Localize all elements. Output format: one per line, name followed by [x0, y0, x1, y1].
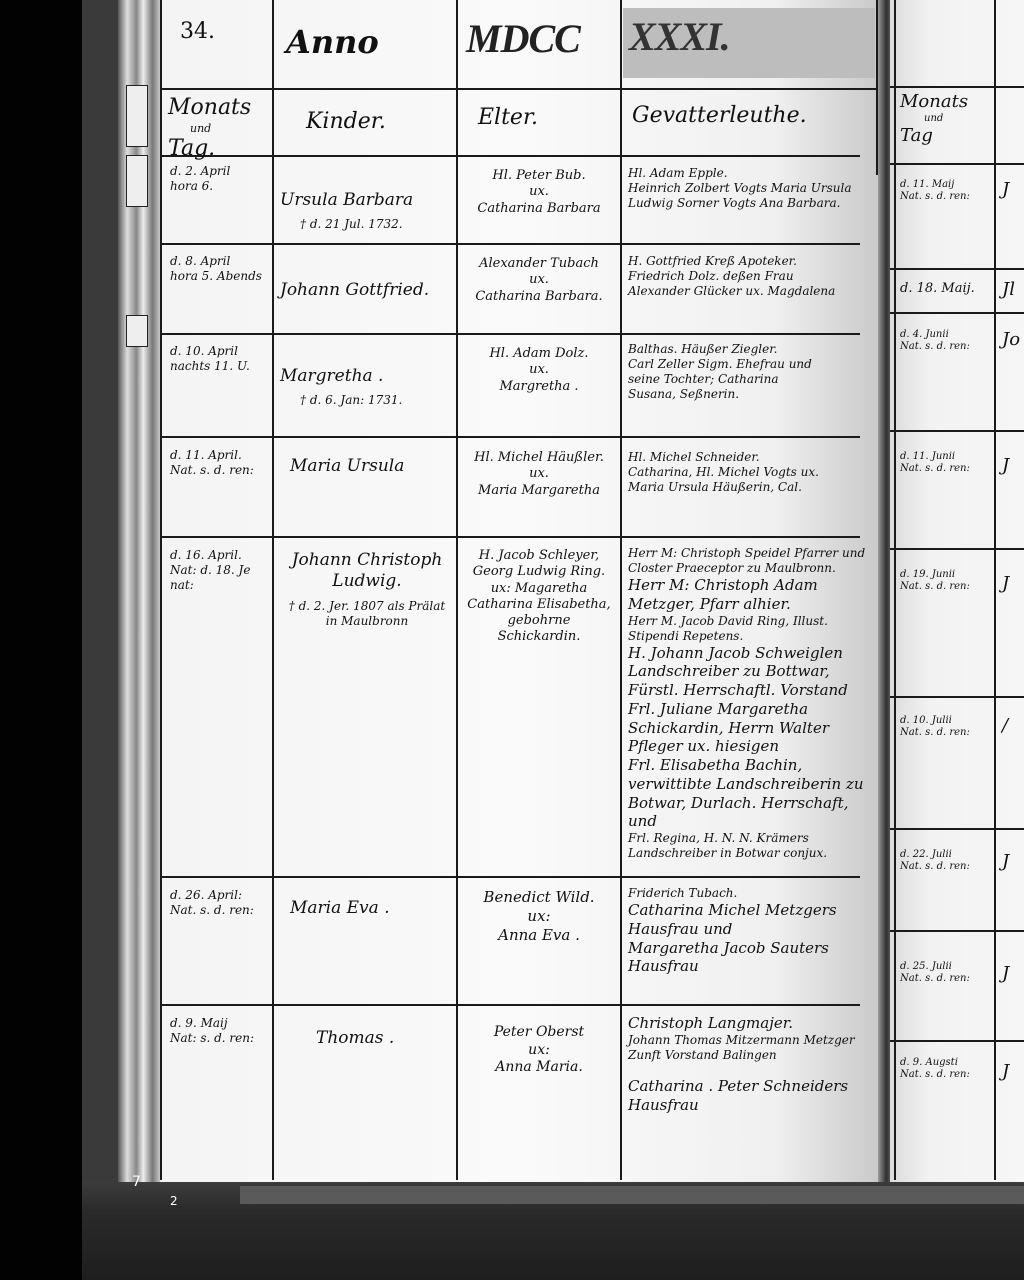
year-roman-xxxi: XXXI. — [623, 8, 875, 78]
entry-godparents: Christoph Langmajer.Johann Thomas Mitzer… — [622, 1010, 876, 1118]
row-rule — [890, 312, 1024, 314]
column-rule — [994, 0, 996, 1180]
entry-godparents: Balthas. Häußer Ziegler.Carl Zeller Sigm… — [622, 338, 876, 406]
right-entry-partial: J — [998, 960, 1013, 988]
entry-parents: Alexander Tubachux.Catharina Barbara. — [458, 252, 620, 309]
entry-date: d. 9. MaijNat: s. d. ren: — [164, 1012, 272, 1050]
right-entry-date: d. 19. JuniiNat. s. d. ren: — [896, 566, 994, 596]
entry-child: Johann Christoph Ludwig. † d. 2. Jer. 18… — [278, 546, 456, 633]
row-rule — [160, 1004, 860, 1006]
entry-date: d. 10. Aprilnachts 11. U. — [164, 340, 272, 378]
right-entry-date: d. 11. JuniiNat. s. d. ren: — [896, 448, 994, 478]
row-rule — [890, 548, 1024, 550]
scan-bottom-band — [240, 1186, 1024, 1204]
header-godparents: Gevatterleuthe. — [626, 98, 813, 134]
margin-mark: 7 — [132, 1174, 140, 1188]
row-rule — [890, 930, 1024, 932]
header-children: Kinder. — [300, 104, 392, 140]
entry-parents: Hl. Peter Bub.ux.Catharina Barbara — [458, 164, 620, 221]
entry-parents: Hl. Michel Häußler.ux.Maria Margaretha — [458, 446, 620, 503]
right-entry-date: d. 25. JuliiNat. s. d. ren: — [896, 958, 994, 988]
right-entry-partial: Jo — [998, 326, 1024, 354]
right-entry-partial: J — [998, 452, 1013, 480]
right-entry-partial: J — [998, 176, 1013, 204]
entry-parents: Peter Oberstux:Anna Maria. — [458, 1020, 620, 1081]
binding-tab — [126, 315, 148, 347]
row-rule — [160, 333, 860, 335]
register-page-left: 34. Anno MDCC XXXI. Monats und Tag. Kind… — [160, 0, 882, 1185]
right-entry-date: d. 18. Maij. — [896, 278, 994, 300]
right-entry-partial: J — [998, 1058, 1013, 1086]
baptism-register-table: 34. Anno MDCC XXXI. Monats und Tag. Kind… — [160, 0, 882, 1185]
row-rule — [160, 243, 860, 245]
page-number: 34. — [174, 14, 221, 50]
scan-border-black — [0, 0, 82, 1280]
entry-date: d. 26. April:Nat. s. d. ren: — [164, 884, 272, 922]
entry-child: Ursula Barbara † d. 21 Jul. 1732. — [274, 186, 456, 236]
entry-date: d. 2. Aprilhora 6. — [164, 160, 272, 198]
entry-child: Maria Ursula — [284, 452, 456, 481]
entry-date: d. 11. April.Nat. s. d. ren: — [164, 444, 272, 482]
row-rule — [890, 828, 1024, 830]
right-entry-date: d. 22. JuliiNat. s. d. ren: — [896, 846, 994, 876]
row-rule — [890, 696, 1024, 698]
row-rule — [890, 163, 1024, 165]
column-rule — [160, 0, 162, 1180]
book-binding-edge — [118, 0, 164, 1190]
row-rule — [890, 268, 1024, 270]
entry-child: Johann Gottfried. — [274, 276, 456, 305]
entry-date: d. 16. April.Nat: d. 18. Jenat: — [164, 544, 272, 597]
right-entry-partial: / — [998, 712, 1012, 740]
right-entry-partial: J — [998, 570, 1013, 598]
entry-date: d. 8. Aprilhora 5. Abends — [164, 250, 272, 288]
binding-tab — [126, 85, 148, 147]
row-rule — [160, 876, 860, 878]
right-entry-date: d. 10. JuliiNat. s. d. ren: — [896, 712, 994, 742]
right-entry-date: d. 11. MaijNat. s. d. ren: — [896, 176, 994, 206]
header-month-day: Monats und Tag. — [162, 90, 272, 167]
year-roman-mdcc: MDCC — [460, 10, 586, 68]
entry-godparents: Herr M: Christoph Speidel Pfarrer und Cl… — [622, 542, 876, 865]
register-page-right: Monats und Tag d. 11. MaijNat. s. d. ren… — [890, 0, 1024, 1185]
row-rule — [890, 1040, 1024, 1042]
entry-child: Thomas . — [310, 1024, 456, 1053]
entry-godparents: H. Gottfried Kreß Apoteker.Friedrich Dol… — [622, 250, 876, 303]
row-rule — [160, 536, 860, 538]
entry-godparents: Hl. Michel Schneider.Catharina, Hl. Mich… — [622, 446, 876, 499]
entry-child: Maria Eva . — [284, 894, 456, 923]
right-entry-partial: Jl — [998, 276, 1019, 304]
anno-label: Anno — [280, 18, 385, 66]
entry-godparents: Hl. Adam Epple.Heinrich Zolbert Vogts Ma… — [622, 162, 876, 215]
row-rule — [160, 436, 860, 438]
entry-parents: Hl. Adam Dolz.ux.Margretha . — [458, 342, 620, 399]
entry-parents: Benedict Wild.ux:Anna Eva . — [458, 884, 620, 948]
right-entry-date: d. 4. JuniiNat. s. d. ren: — [896, 326, 994, 356]
right-header-month-day: Monats und Tag — [896, 88, 994, 149]
margin-mark: 2 — [170, 1194, 180, 1208]
right-entry-partial: J — [998, 848, 1013, 876]
binding-tab — [126, 155, 148, 207]
entry-parents: H. Jacob Schleyer,Georg Ludwig Ring.ux: … — [458, 544, 620, 650]
entry-child: Margretha . † d. 6. Jan: 1731. — [274, 362, 456, 412]
entry-godparents: Friderich Tubach.Catharina Michel Metzge… — [622, 882, 876, 980]
right-entry-date: d. 9. AugstiNat. s. d. ren: — [896, 1054, 994, 1084]
header-parents: Elter. — [472, 100, 544, 136]
row-rule — [890, 430, 1024, 432]
column-rule — [272, 0, 274, 1180]
